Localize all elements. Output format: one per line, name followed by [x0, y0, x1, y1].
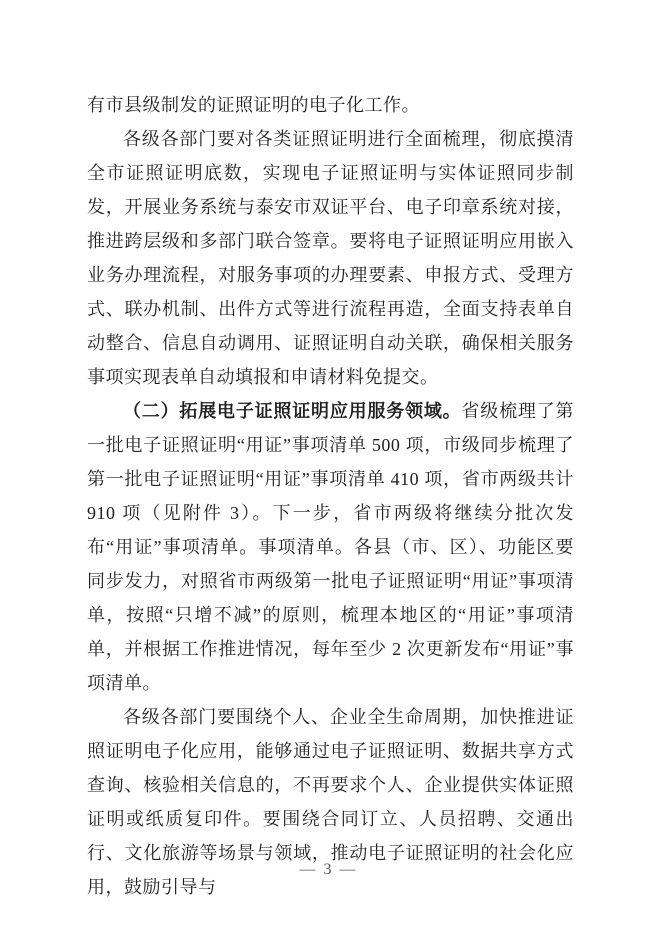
paragraph-continuation: 有市县级制发的证照证明的电子化工作。	[87, 88, 574, 122]
section-heading-inline: （二）拓展电子证照证明应用服务领域。	[123, 401, 461, 421]
section-body-text: 省级梳理了第一批电子证照证明“用证”事项清单 500 项，市级同步梳理了第一批电…	[87, 401, 574, 693]
document-body: 有市县级制发的证照证明的电子化工作。 各级各部门要对各类证照证明进行全面梳理，彻…	[87, 88, 574, 904]
document-page: 有市县级制发的证照证明的电子化工作。 各级各部门要对各类证照证明进行全面梳理，彻…	[0, 0, 657, 930]
page-number: — 3 —	[0, 858, 657, 882]
paragraph-section-two: （二）拓展电子证照证明应用服务领域。省级梳理了第一批电子证照证明“用证”事项清单…	[87, 394, 574, 700]
paragraph-sorting-certificates: 各级各部门要对各类证照证明进行全面梳理，彻底摸清全市证照证明底数，实现电子证照证…	[87, 122, 574, 394]
